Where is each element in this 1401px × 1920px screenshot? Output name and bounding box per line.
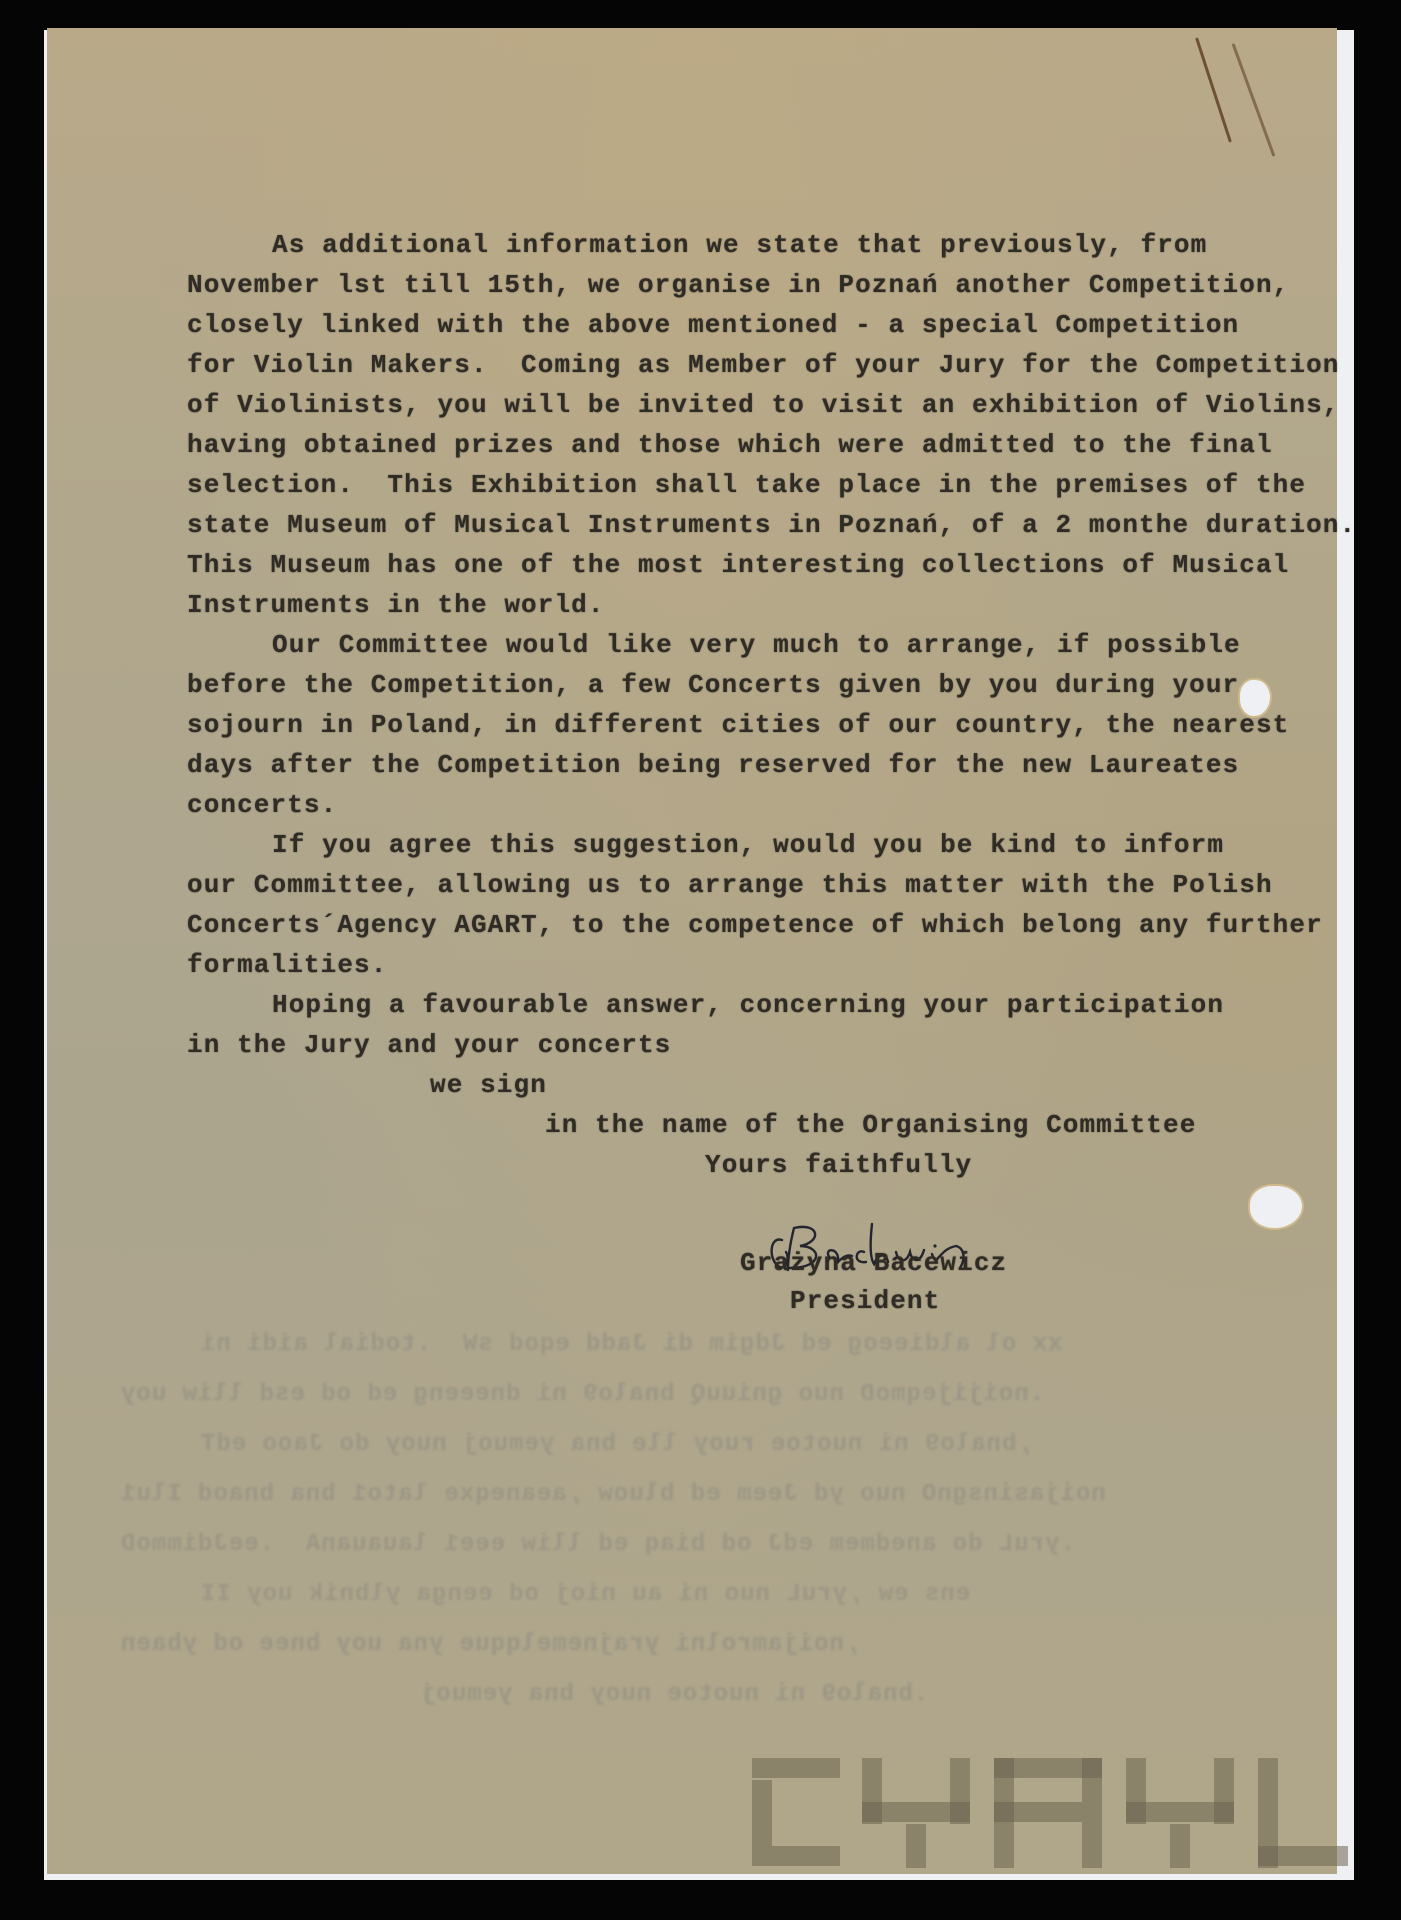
signatory-title: President [790,1286,940,1316]
we-sign-text: we sign [430,1070,547,1100]
signatory-name: Grażyna Bacewicz [740,1248,1007,1278]
text-line: for Violin Makers. Coming as Member of y… [187,350,1339,380]
text-line: Hoping a favourable answer, concerning y… [272,990,1224,1020]
text-line: having obtained prizes and those which w… [187,430,1273,460]
text-line: closely linked with the above mentioned … [187,310,1239,340]
text-line: If you agree this suggestion, would you … [272,830,1224,860]
on-behalf-text: in the name of the Organising Committee [545,1110,1196,1140]
text-line: Instruments in the world. [187,590,605,620]
text-line: days after the Competition being reserve… [187,750,1239,780]
text-line: concerts. [187,790,337,820]
text-line: Concerts´Agency AGART, to the competence… [187,910,1323,940]
text-line: in the Jury and your concerts [187,1030,671,1060]
text-line: selection. This Exhibition shall take pl… [187,470,1306,500]
text-line: November lst till 15th, we organise in P… [187,270,1289,300]
text-line: of Violinists, you will be invited to vi… [187,390,1339,420]
text-line: state Museum of Musical Instruments in P… [187,510,1356,540]
text-line: sojourn in Poland, in different cities o… [187,710,1289,740]
text-line: our Committee, allowing us to arrange th… [187,870,1273,900]
text-line: formalities. [187,950,387,980]
text-line: Our Committee would like very much to ar… [272,630,1241,660]
text-line: This Museum has one of the most interest… [187,550,1289,580]
valediction: Yours faithfully [705,1150,972,1180]
text-line: before the Competition, a few Concerts g… [187,670,1239,700]
text-line: As additional information we state that … [272,230,1207,260]
